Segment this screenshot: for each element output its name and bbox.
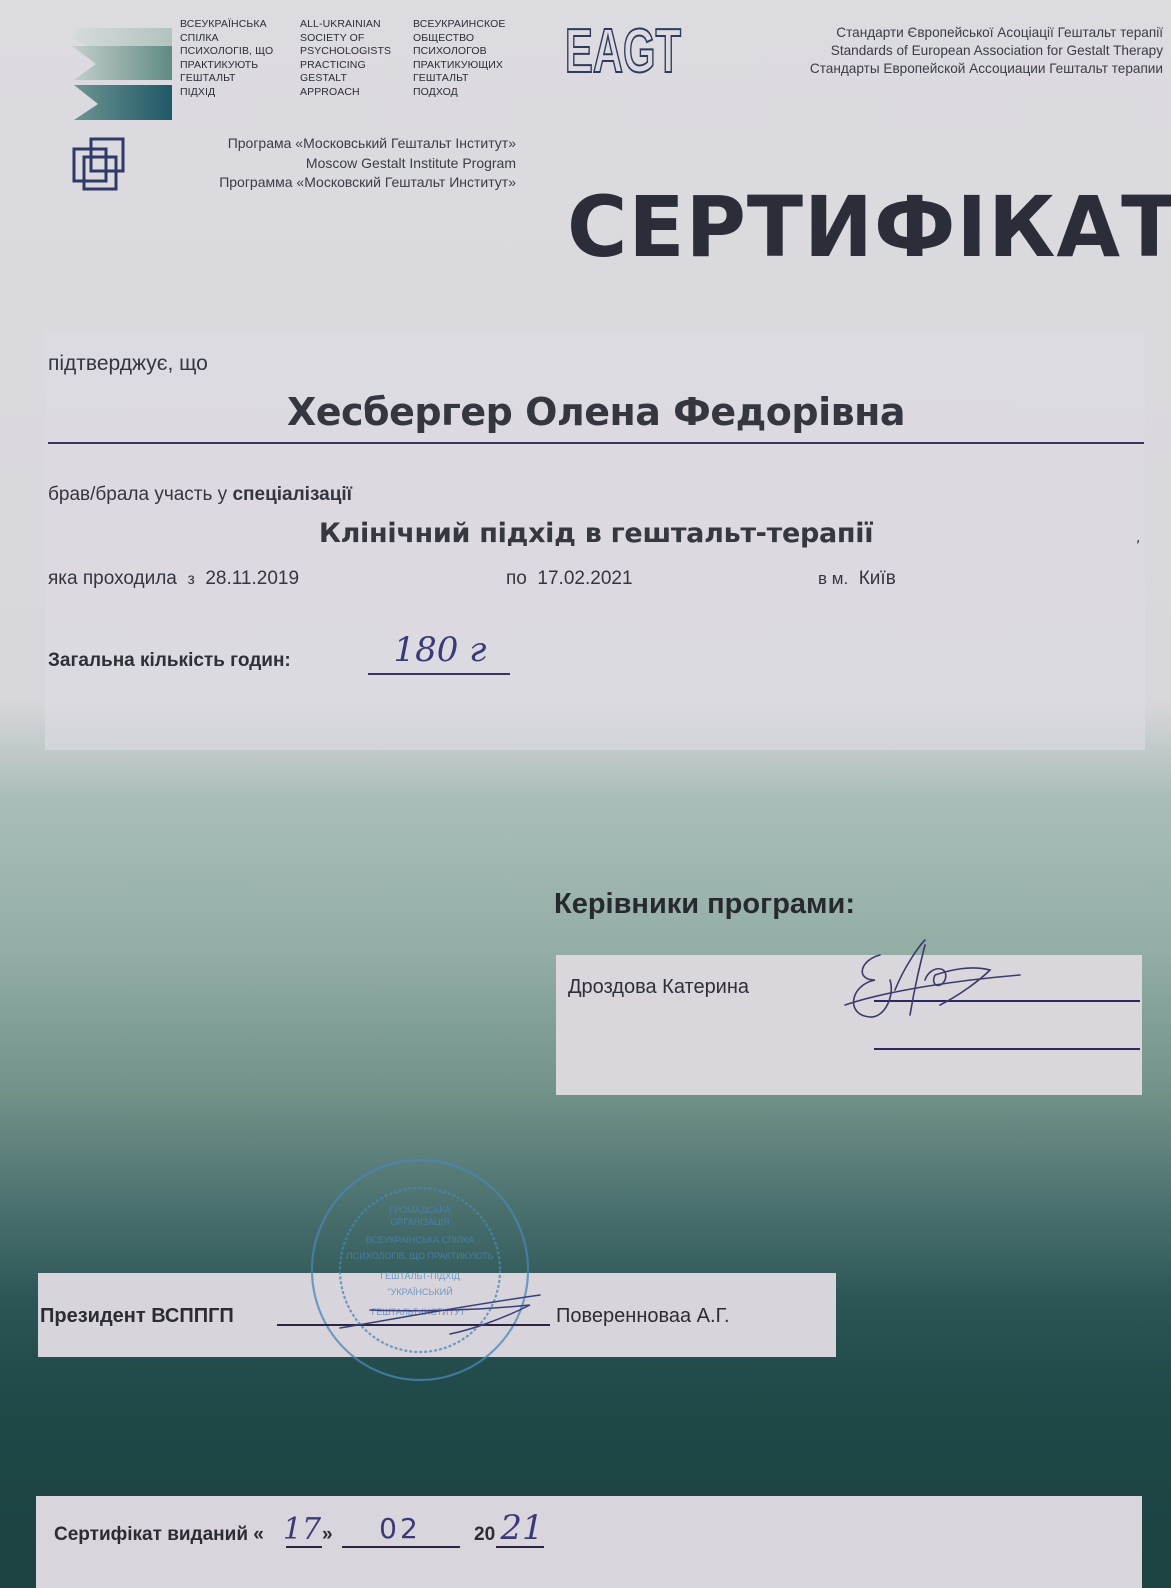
issued-year: 21 [500, 1508, 544, 1548]
org-name-english: ALL-UKRAINIAN SOCIETY OF PSYCHOLOGISTS P… [300, 18, 391, 99]
org-name-russian: ВСЕУКРАИНСКОЕ ОБЩЕСТВО ПСИХОЛОГОВ ПРАКТИ… [413, 18, 506, 99]
hours-underline [368, 673, 510, 675]
handwritten-signature-icon [840, 935, 1030, 1025]
svg-text:ГЕШТАЛЬТ-ПІДХІД: ГЕШТАЛЬТ-ПІДХІД [380, 1271, 460, 1281]
president-label: Президент ВСППГП [40, 1305, 234, 1328]
program-name-text: Програма «Московський Гештальт Інститут»… [136, 134, 516, 193]
participation-label: брав/брала участь у спеціалізації [48, 484, 352, 506]
issued-month: 02 [344, 1512, 456, 1545]
confirms-label: підтверджує, що [48, 352, 208, 376]
eagt-standards-text: Стандарти Європейської Асоціації Гешталь… [700, 24, 1163, 78]
issued-month-underline [342, 1546, 460, 1548]
issued-day-underline [286, 1546, 322, 1548]
city-field: в м. Київ [818, 568, 896, 590]
program-leaders-title: Керівники програми: [554, 888, 855, 921]
name-underline [48, 442, 1144, 444]
eagt-logo-icon: EAGT [564, 22, 682, 78]
trailing-comma: , [1136, 530, 1140, 546]
issued-year-underline [496, 1546, 544, 1548]
date-from: 28.11.2019 [205, 568, 299, 589]
org-name-ukrainian: ВСЕУКРАЇНСЬКА СПІЛКА ПСИХОЛОГІВ, ЩО ПРАК… [180, 18, 273, 99]
leader-name: Дроздова Катерина [568, 976, 749, 999]
certificate-title: СЕРТИФІКАТ [567, 178, 1155, 276]
issued-day: 17 [282, 1512, 322, 1547]
recipient-name: Хесбергер Олена Федорівна [48, 390, 1144, 434]
total-hours-label: Загальна кількість годин: [48, 650, 291, 672]
president-signature-icon [330, 1290, 550, 1335]
chevron-logo-icon [62, 28, 172, 123]
president-name: Поверенноваа А.Г. [556, 1305, 730, 1328]
svg-text:ВСЕУКРАЇНСЬКА СПІЛКА: ВСЕУКРАЇНСЬКА СПІЛКА [366, 1235, 474, 1245]
official-stamp-icon: ГРОМАДСЬКА ОРГАНІЗАЦІЯ ВСЕУКРАЇНСЬКА СПІ… [300, 1155, 540, 1385]
interlocking-squares-logo-icon [72, 137, 126, 191]
total-hours-value: 180 г [372, 630, 508, 670]
city-value: Київ [859, 568, 896, 589]
date-to: 17.02.2021 [537, 568, 632, 589]
period-label: яка проходила з 28.11.2019 [48, 568, 299, 590]
period-end: по 17.02.2021 [506, 568, 633, 590]
signature-line [874, 1048, 1140, 1050]
issued-close-quote: » [322, 1524, 333, 1546]
svg-text:ОРГАНІЗАЦІЯ: ОРГАНІЗАЦІЯ [390, 1217, 449, 1227]
svg-text:ПСИХОЛОГІВ, ЩО ПРАКТИКУЮТЬ: ПСИХОЛОГІВ, ЩО ПРАКТИКУЮТЬ [346, 1251, 493, 1261]
specialization-title: Клінічний підхід в гештальт-терапії [48, 518, 1144, 549]
issued-label: Сертифікат виданий « [54, 1524, 264, 1546]
issued-century: 20 [474, 1524, 495, 1546]
svg-text:EAGT: EAGT [565, 22, 681, 78]
svg-text:ГРОМАДСЬКА: ГРОМАДСЬКА [389, 1205, 450, 1215]
